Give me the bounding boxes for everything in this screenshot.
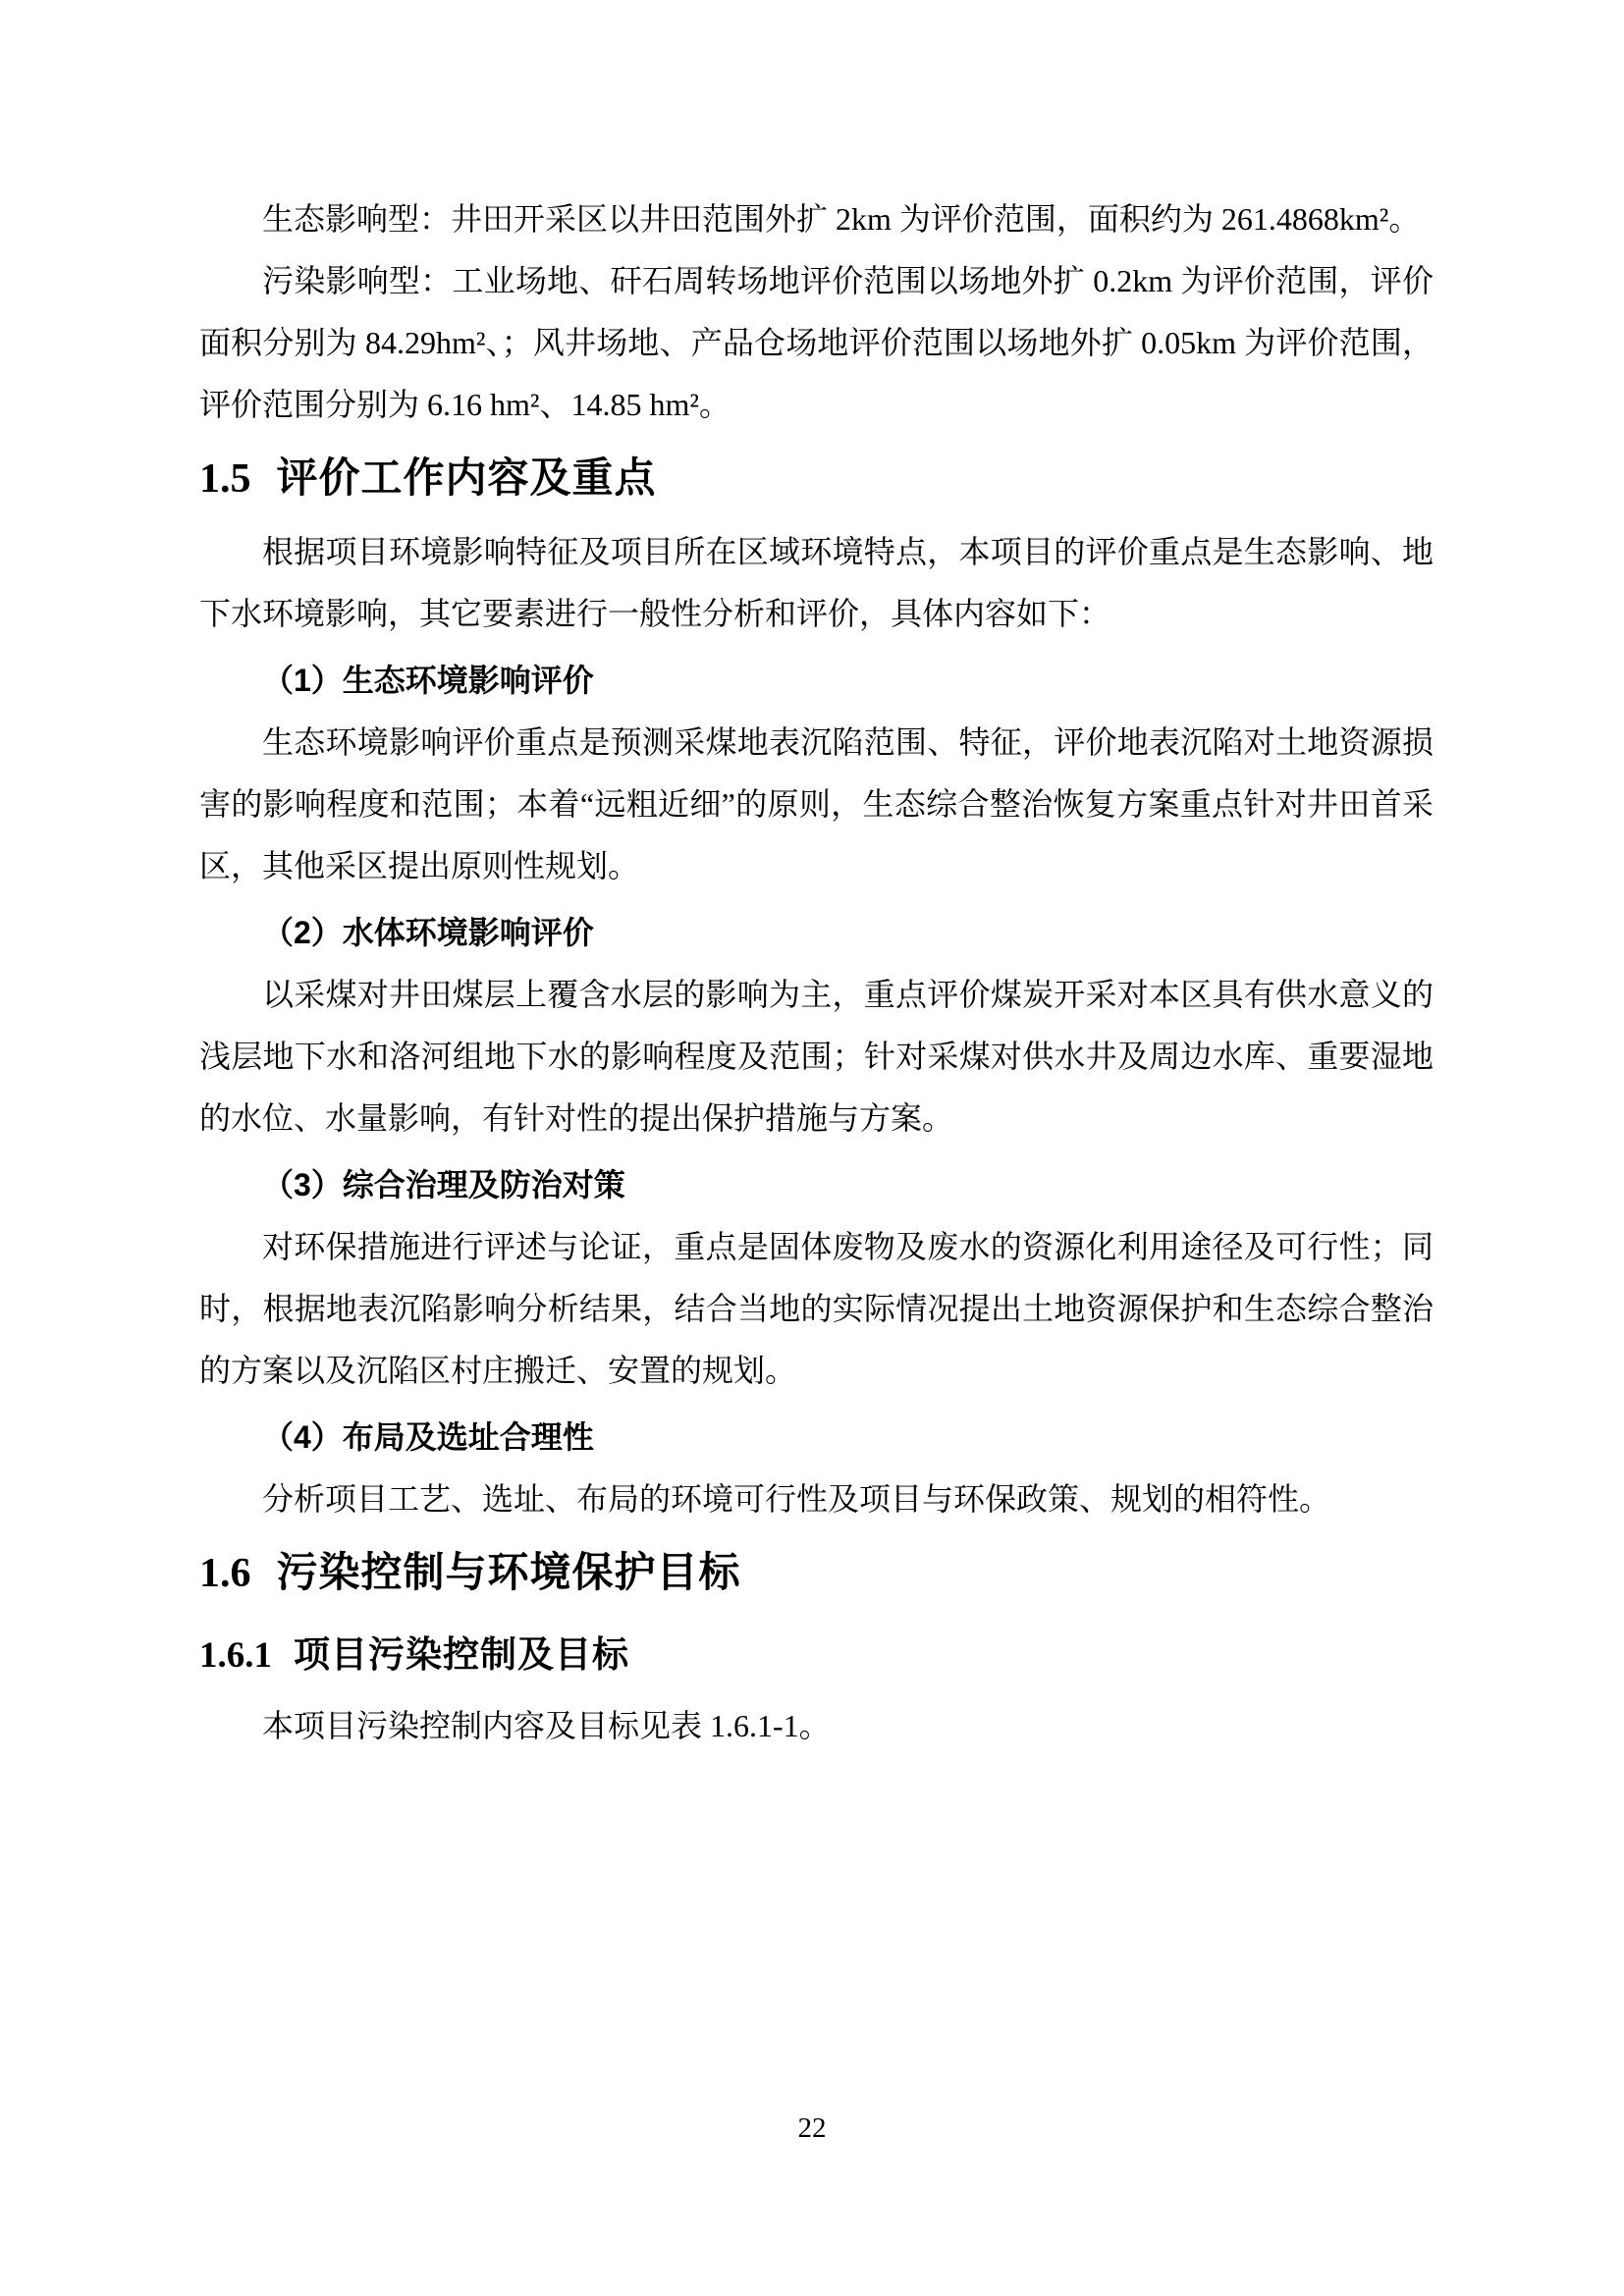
section-number: 1.6.1 xyxy=(199,1635,272,1676)
subheading-item-2: （2）水体环境影响评价 xyxy=(199,902,1434,964)
section-heading-1-5: 1.5评价工作内容及重点 xyxy=(199,436,1434,521)
paragraph-pollution-impact-scope: 污染影响型：工业场地、矸石周转场地评价范围以场地外扩 0.2km 为评价范围，评… xyxy=(199,250,1434,436)
paragraph-item-1-body: 生态环境影响评价重点是预测采煤地表沉陷范围、特征，评价地表沉陷对土地资源损害的影… xyxy=(199,712,1434,897)
section-title: 污染控制与环境保护目标 xyxy=(277,1549,741,1595)
subheading-item-3: （3）综合治理及防治对策 xyxy=(199,1154,1434,1216)
paragraph-section-1-5-intro: 根据项目环境影响特征及项目所在区域环境特点，本项目的评价重点是生态影响、地下水环… xyxy=(199,521,1434,645)
section-title: 评价工作内容及重点 xyxy=(277,454,657,501)
document-page: 生态影响型：井田开采区以井田范围外扩 2km 为评价范围，面积约为 261.48… xyxy=(0,0,1624,2296)
paragraph-item-4-body: 分析项目工艺、选址、布局的环境可行性及项目与环保政策、规划的相符性。 xyxy=(199,1468,1434,1530)
paragraph-item-2-body: 以采煤对井田煤层上覆含水层的影响为主，重点评价煤炭开采对本区具有供水意义的浅层地… xyxy=(199,964,1434,1149)
page-number: 22 xyxy=(0,2110,1624,2146)
subheading-item-1: （1）生态环境影响评价 xyxy=(199,650,1434,712)
section-number: 1.6 xyxy=(199,1551,251,1596)
paragraph-section-1-6-1-body: 本项目污染控制内容及目标见表 1.6.1-1。 xyxy=(199,1695,1434,1757)
paragraph-item-3-body: 对环保措施进行评述与论证，重点是固体废物及废水的资源化利用途径及可行性；同时，根… xyxy=(199,1216,1434,1402)
section-heading-1-6-1: 1.6.1项目污染控制及目标 xyxy=(199,1616,1434,1695)
paragraph-eco-impact-scope: 生态影响型：井田开采区以井田范围外扩 2km 为评价范围，面积约为 261.48… xyxy=(199,188,1434,250)
section-number: 1.5 xyxy=(199,456,251,502)
section-heading-1-6: 1.6污染控制与环境保护目标 xyxy=(199,1530,1434,1616)
subheading-item-4: （4）布局及选址合理性 xyxy=(199,1407,1434,1468)
section-title: 项目污染控制及目标 xyxy=(294,1634,629,1675)
